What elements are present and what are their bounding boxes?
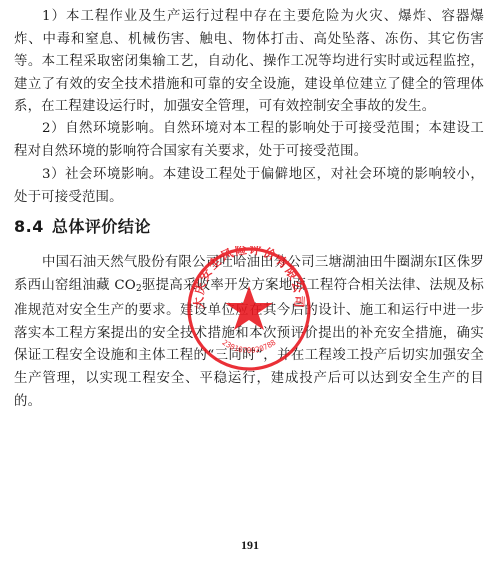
- paragraph-social-environment: 3）社会环境影响。本建设工程处于偏僻地区，对社会环境的影响较小，处于可接受范围。: [14, 164, 484, 209]
- paragraph-natural-environment: 2）自然环境影响。自然环境对本工程的影响处于可接受范围；本建设工程对自然环境的影…: [14, 118, 484, 163]
- section-title: 总体评价结论: [52, 217, 151, 236]
- conclusion-text-b: 驱提高采收率开发方案地面工程符合相关法律、法规及标准规范对安全生产的要求。建设单…: [14, 278, 484, 409]
- section-heading: 8.4总体评价结论: [14, 214, 151, 237]
- section-number: 8.4: [14, 217, 44, 236]
- page-number: 191: [0, 538, 500, 553]
- paragraph-conclusion: 中国石油天然气股份有限公司吐哈油田分公司三塘湖油田牛圈湖东Ⅰ区侏罗系西山窑组油藏…: [14, 252, 484, 413]
- paragraph-hazards: 1）本工程作业及生产运行过程中存在主要危险为火灾、爆炸、容器爆炸、中毒和窒息、机…: [14, 6, 484, 119]
